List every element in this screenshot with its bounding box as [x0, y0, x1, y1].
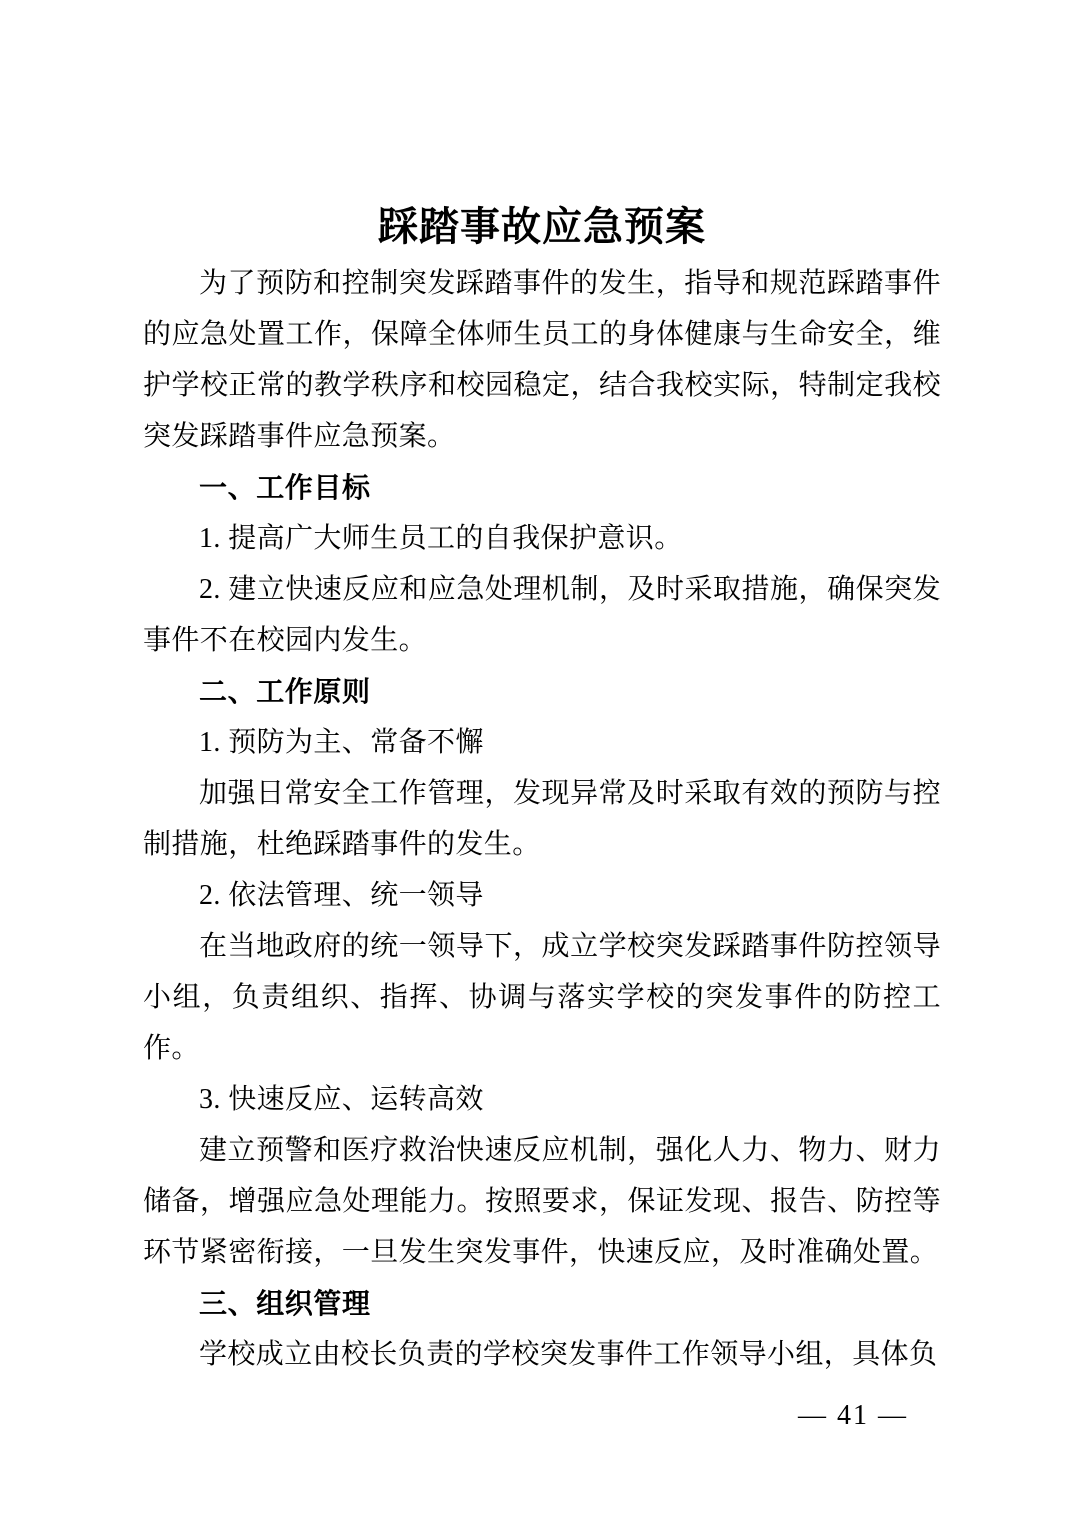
document-title: 踩踏事故应急预案 [143, 196, 941, 258]
section-heading-2: 二、工作原则 [143, 666, 941, 717]
paragraph-principle-2-title: 2. 依法管理、统一领导 [143, 870, 941, 921]
page-number: — 41 — [798, 1398, 908, 1434]
paragraph-goal-2: 2. 建立快速反应和应急处理机制，及时采取措施，确保突发事件不在校园内发生。 [143, 564, 941, 666]
section-heading-3: 三、组织管理 [143, 1278, 941, 1329]
paragraph-principle-2-body: 在当地政府的统一领导下，成立学校突发踩踏事件防控领导小组，负责组织、指挥、协调与… [143, 921, 941, 1074]
paragraph-goal-1: 1. 提高广大师生员工的自我保护意识。 [143, 513, 941, 564]
paragraph-organization: 学校成立由校长负责的学校突发事件工作领导小组，具体负 [143, 1329, 941, 1380]
paragraph-principle-1-body: 加强日常安全工作管理，发现异常及时采取有效的预防与控制措施，杜绝踩踏事件的发生。 [143, 768, 941, 870]
paragraph-principle-1-title: 1. 预防为主、常备不懈 [143, 717, 941, 768]
document-page: 踩踏事故应急预案 为了预防和控制突发踩踏事件的发生，指导和规范踩踏事件的应急处置… [0, 0, 1080, 1527]
paragraph-principle-3-body: 建立预警和医疗救治快速反应机制，强化人力、物力、财力储备，增强应急处理能力。按照… [143, 1125, 941, 1278]
section-heading-1: 一、工作目标 [143, 462, 941, 513]
paragraph-principle-3-title: 3. 快速反应、运转高效 [143, 1074, 941, 1125]
document-body: 踩踏事故应急预案 为了预防和控制突发踩踏事件的发生，指导和规范踩踏事件的应急处置… [143, 196, 941, 1380]
paragraph-intro: 为了预防和控制突发踩踏事件的发生，指导和规范踩踏事件的应急处置工作，保障全体师生… [143, 258, 941, 462]
